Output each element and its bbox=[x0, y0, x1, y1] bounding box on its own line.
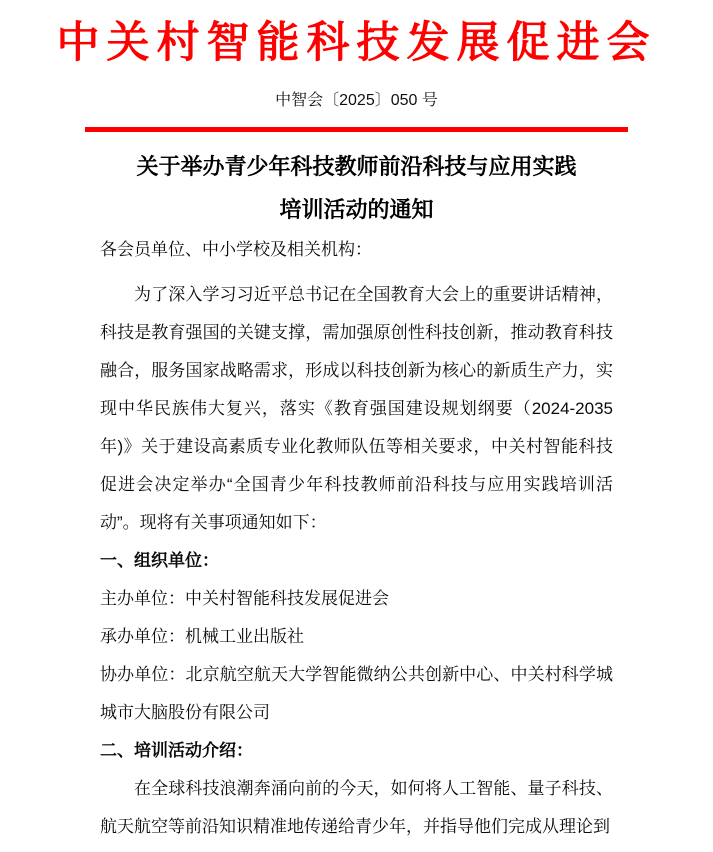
organizer-unit-line: 承办单位：机械工业出版社 bbox=[100, 618, 613, 656]
doc-number: 中智会〔2025〕050 号 bbox=[0, 91, 713, 111]
org-name-header: 中关村智能科技发展促进会 bbox=[0, 18, 713, 68]
document-body: 各会员单位、中小学校及相关机构： 为了深入学习习近平总书记在全国教育大会上的重要… bbox=[100, 231, 613, 846]
co-organizer-unit-line: 协办单位：北京航空航天大学智能微纳公共创新中心、中关村科学城城市大脑股份有限公司 bbox=[100, 656, 613, 732]
doc-title-line-2: 培训活动的通知 bbox=[70, 188, 643, 231]
doc-title-line-1: 关于举办青少年科技教师前沿科技与应用实践 bbox=[70, 145, 643, 188]
section2-paragraph: 在全球科技浪潮奔涌向前的今天，如何将人工智能、量子科技、航天航空等前沿知识精准地… bbox=[100, 770, 613, 846]
doc-title: 关于举办青少年科技教师前沿科技与应用实践 培训活动的通知 bbox=[70, 145, 643, 231]
salutation-line: 各会员单位、中小学校及相关机构： bbox=[100, 231, 613, 269]
document-page: 中关村智能科技发展促进会 中智会〔2025〕050 号 关于举办青少年科技教师前… bbox=[0, 0, 713, 852]
red-divider-rule bbox=[85, 127, 628, 132]
host-unit-line: 主办单位：中关村智能科技发展促进会 bbox=[100, 580, 613, 618]
section2-heading: 二、培训活动介绍： bbox=[100, 732, 613, 770]
intro-paragraph: 为了深入学习习近平总书记在全国教育大会上的重要讲话精神，科技是教育强国的关键支撑… bbox=[100, 276, 613, 542]
section1-heading: 一、组织单位： bbox=[100, 542, 613, 580]
